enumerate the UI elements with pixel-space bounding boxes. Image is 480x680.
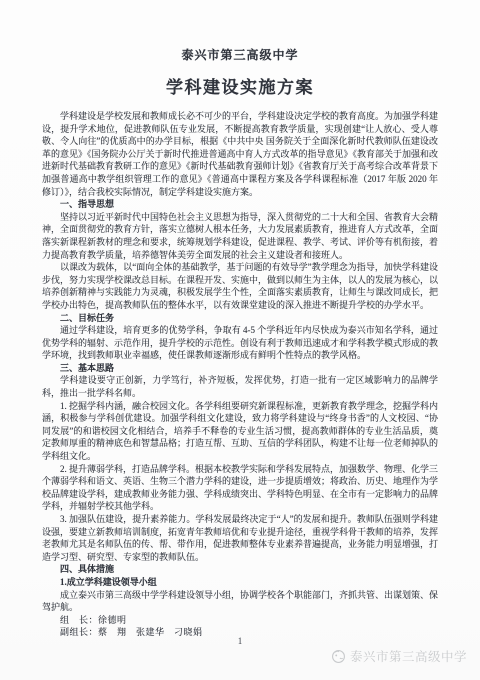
sub-heading: 1.成立学科建设领导小组 bbox=[42, 576, 438, 589]
watermark: 泰兴市第三高级中学 bbox=[331, 647, 467, 665]
roster-line: 组 长：徐德明 bbox=[42, 614, 438, 627]
document-paragraph: 成立泰兴市第三高级中学学科建设领导小组，协调学校各个职能部门，齐抓共管、出谋划策… bbox=[42, 589, 438, 614]
document-body: 学科建设是学校发展和教师成长必不可少的平台，学科建设决定学校的教育高度。为加强学… bbox=[42, 110, 438, 639]
section-heading: 一、指导思想 bbox=[42, 198, 438, 211]
document-paragraph: 学科建设要守正创新，力学笃行，补齐短板，发挥优势，打造一批有一定区域影响力的品牌… bbox=[42, 374, 438, 399]
document-paragraph: 1. 挖掘学科内涵，融合校园文化。各学科组要研究新课程标准，更新教育教学理念，挖… bbox=[42, 400, 438, 463]
watermark-text: 泰兴市第三高级中学 bbox=[350, 647, 467, 665]
document-paragraph: 学科建设是学校发展和教师成长必不可少的平台，学科建设决定学校的教育高度。为加强学… bbox=[42, 110, 438, 198]
document-page: 泰兴市第三高级中学 学科建设实施方案 学科建设是学校发展和教师成长必不可少的平台… bbox=[0, 0, 480, 680]
document-paragraph: 3. 加强队伍建设，提升素养能力。学科发展最终决定于“人”的发展和提升。教师队伍… bbox=[42, 513, 438, 563]
school-name-header: 泰兴市第三高级中学 bbox=[0, 0, 480, 62]
section-heading: 二、目标任务 bbox=[42, 312, 438, 325]
document-paragraph: 通过学科建设，培育更多的优势学科，争取有 4-5 个学科近年内尽快成为泰兴市知名… bbox=[42, 324, 438, 362]
page-number: 1 bbox=[0, 636, 480, 646]
section-heading: 三、基本思路 bbox=[42, 362, 438, 375]
page-title: 学科建设实施方案 bbox=[0, 77, 480, 98]
document-paragraph: 以课改为载体，以“面向全体的基础教学，基于问题的有效导学”教学理念为指导，加快学… bbox=[42, 261, 438, 311]
section-heading: 四、具体措施 bbox=[42, 563, 438, 576]
document-paragraph: 2. 提升薄弱学科，打造品牌学科。根据本校教学实际和学科发展特点，加强数学、物理… bbox=[42, 463, 438, 513]
document-paragraph: 坚持以习近平新时代中国特色社会主义思想为指导，深入贯彻党的二十大和全国、省教育大… bbox=[42, 211, 438, 261]
school-logo-icon bbox=[331, 649, 346, 664]
